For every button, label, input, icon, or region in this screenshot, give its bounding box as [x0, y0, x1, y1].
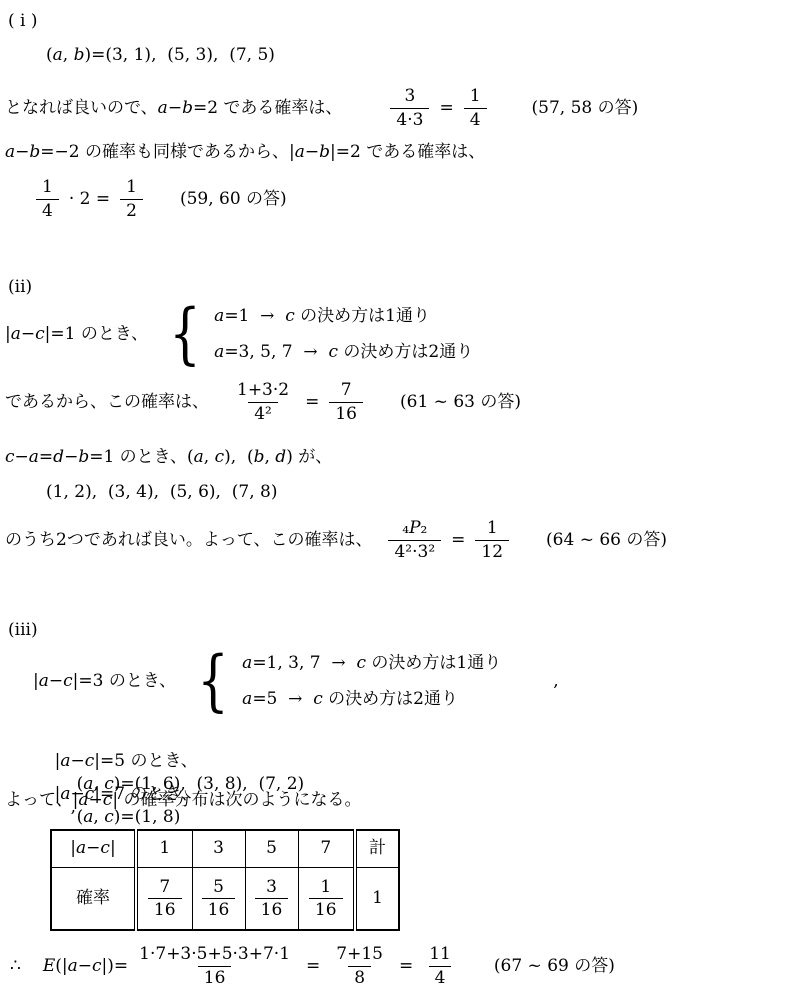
left-brace: {	[169, 303, 201, 366]
table-cell: 3 16	[245, 867, 298, 930]
fraction-numerator: 7	[335, 380, 358, 401]
fraction: 1 4	[36, 177, 59, 221]
section-iii-heading: (iii)	[8, 619, 38, 642]
fraction-denominator: 16	[309, 898, 343, 920]
prob-text-2: であるから、この確率は、	[5, 391, 209, 414]
fraction-numerator: 3	[260, 877, 283, 898]
table-header-cell: 3	[192, 830, 245, 867]
prob-text-3: のうち2つであれば良い。よって、この確率は、	[5, 529, 372, 552]
fraction: 1+3·2 4²	[231, 380, 295, 424]
case-group-abs1: |a−c|=1 のとき、 { a=1 → c の決め方は1通り a=3, 5, …	[5, 296, 473, 372]
fraction: 5 16	[202, 877, 236, 921]
answer-ref-59-60: (59, 60 の答)	[180, 188, 287, 211]
probability-line-3: であるから、この確率は、 1+3·2 4² = 7 16 (61 ~ 63 の答…	[5, 374, 521, 430]
prob-text-1: となれば良いので、a−b=2 である確率は、	[5, 97, 342, 120]
case-item: a=1, 3, 7 → c の決め方は1通り	[242, 652, 501, 675]
fraction-numerator: 1	[120, 177, 143, 198]
equals-sign: =	[306, 955, 320, 978]
case-item: a=3, 5, 7 → c の決め方は2通り	[214, 341, 473, 364]
pairs-cd-line: (1, 2), (3, 4), (5, 6), (7, 8)	[46, 481, 277, 504]
table-cell: 7 16	[136, 867, 192, 930]
fraction-denominator: 4	[464, 108, 487, 130]
equals-sign: =	[451, 529, 465, 552]
trailing-comma: ,	[553, 670, 558, 693]
table-header-cell: 5	[245, 830, 298, 867]
fraction: 1 4	[464, 86, 487, 130]
therefore-symbol: ∴	[10, 955, 21, 978]
times-two-equals: · 2 =	[69, 188, 110, 211]
equals-sign: =	[439, 97, 453, 120]
fraction-denominator: 2	[120, 199, 143, 221]
table-probability-row: 確率 7 16 5 16 3 16	[51, 867, 399, 930]
fraction: 7 16	[329, 380, 363, 424]
equals-sign: =	[305, 391, 319, 414]
fraction-denominator: 8	[348, 966, 371, 988]
fraction-denominator: 16	[329, 402, 363, 424]
fraction-denominator: 4²	[248, 402, 278, 424]
answer-ref-67-69: (67 ~ 69 の答)	[494, 955, 615, 978]
expectation-lhs: E(|a−c|)=	[43, 955, 128, 978]
table-cell: 5 16	[192, 867, 245, 930]
fraction-numerator: 1	[314, 877, 337, 898]
equals-sign: =	[399, 955, 413, 978]
probability-line-4: のうち2つであれば良い。よって、この確率は、 ₄P₂ 4²·3² = 1 12 …	[5, 510, 667, 570]
fraction-denominator: 4·3	[390, 108, 429, 130]
probability-line-2: 1 4 · 2 = 1 2 (59, 60 の答)	[36, 170, 287, 228]
left-brace: {	[197, 650, 229, 713]
answer-ref-61-63: (61 ~ 63 の答)	[400, 391, 521, 414]
distribution-intro-line: よって、|a−c| の確率分布は次のようになる。	[5, 789, 361, 812]
fraction-numerator: 3	[399, 86, 422, 107]
same-probability-line: a−b=−2 の確率も同様であるから、|a−b|=2 である確率は、	[5, 141, 485, 164]
fraction-numerator: 1	[36, 177, 59, 198]
fraction-denominator: 16	[202, 898, 236, 920]
table-header-cell: 1	[136, 830, 192, 867]
fraction: 11 4	[423, 944, 457, 988]
expectation-line: ∴ E(|a−c|)= 1·7+3·5+5·3+7·1 16 = 7+15 8 …	[10, 936, 615, 996]
fraction: 3 16	[255, 877, 289, 921]
fraction: 1 12	[475, 518, 509, 562]
fraction-denominator: 12	[475, 540, 509, 562]
fraction-denominator: 16	[148, 898, 182, 920]
fraction-numerator: 1	[481, 518, 504, 539]
fraction-numerator: 1+3·2	[231, 380, 295, 401]
probability-line-1: となれば良いので、a−b=2 である確率は、 3 4·3 = 1 4 (57, …	[5, 80, 638, 136]
fraction: ₄P₂ 4²·3²	[388, 518, 441, 562]
case-list: a=1 → c の決め方は1通り a=3, 5, 7 → c の決め方は2通り	[214, 305, 473, 364]
fraction: 1 2	[120, 177, 143, 221]
table-header-cell: 計	[355, 830, 399, 867]
case-item: a=5 → c の決め方は2通り	[242, 688, 501, 711]
case-item: a=1 → c の決め方は1通り	[214, 305, 473, 328]
answer-ref-64-66: (64 ~ 66 の答)	[546, 529, 667, 552]
fraction-denominator: 4²·3²	[388, 540, 441, 562]
fraction-denominator: 4	[429, 966, 452, 988]
table-header-row: |a−c| 1 3 5 7 計	[51, 830, 399, 867]
case-group-abs3: |a−c|=3 のとき、 { a=1, 3, 7 → c の決め方は1通り a=…	[33, 642, 559, 720]
fraction-numerator: 1·7+3·5+5·3+7·1	[133, 944, 296, 965]
fraction-numerator: 5	[207, 877, 230, 898]
section-i-heading: ( i )	[8, 10, 38, 33]
fraction: 1 16	[309, 877, 343, 921]
fraction: 3 4·3	[390, 86, 429, 130]
fraction-denominator: 16	[198, 966, 232, 988]
fraction-denominator: 4	[36, 199, 59, 221]
when-cd-line: c−a=d−b=1 のとき、(a, c), (b, d) が、	[5, 446, 332, 469]
fraction-denominator: 16	[255, 898, 289, 920]
fraction-numerator: 1	[464, 86, 487, 107]
fraction: 1·7+3·5+5·3+7·1 16	[133, 944, 296, 988]
table-header-cell: |a−c|	[51, 830, 136, 867]
fraction-numerator: 7	[153, 877, 176, 898]
answer-ref-57-58: (57, 58 の答)	[532, 97, 639, 120]
fraction: 7+15 8	[330, 944, 389, 988]
pairs-ab-line: (a, b)=(3, 1), (5, 3), (7, 5)	[46, 44, 275, 67]
probability-distribution-table: |a−c| 1 3 5 7 計 確率 7 16 5 16	[50, 829, 400, 931]
table-header-cell: 7	[298, 830, 355, 867]
when-abs1-text: |a−c|=1 のとき、	[5, 323, 148, 346]
table-row-label: 確率	[51, 867, 136, 930]
table-total-cell: 1	[355, 867, 399, 930]
case-list: a=1, 3, 7 → c の決め方は1通り a=5 → c の決め方は2通り	[242, 652, 501, 711]
math-solution-page: ( i ) (a, b)=(3, 1), (5, 3), (7, 5) となれば…	[0, 0, 791, 1001]
fraction-numerator: 11	[423, 944, 457, 965]
fraction-numerator: 7+15	[330, 944, 389, 965]
fraction-numerator: ₄P₂	[396, 518, 433, 539]
fraction: 7 16	[148, 877, 182, 921]
when-abs3-text: |a−c|=3 のとき、	[33, 670, 176, 693]
table-cell: 1 16	[298, 867, 355, 930]
